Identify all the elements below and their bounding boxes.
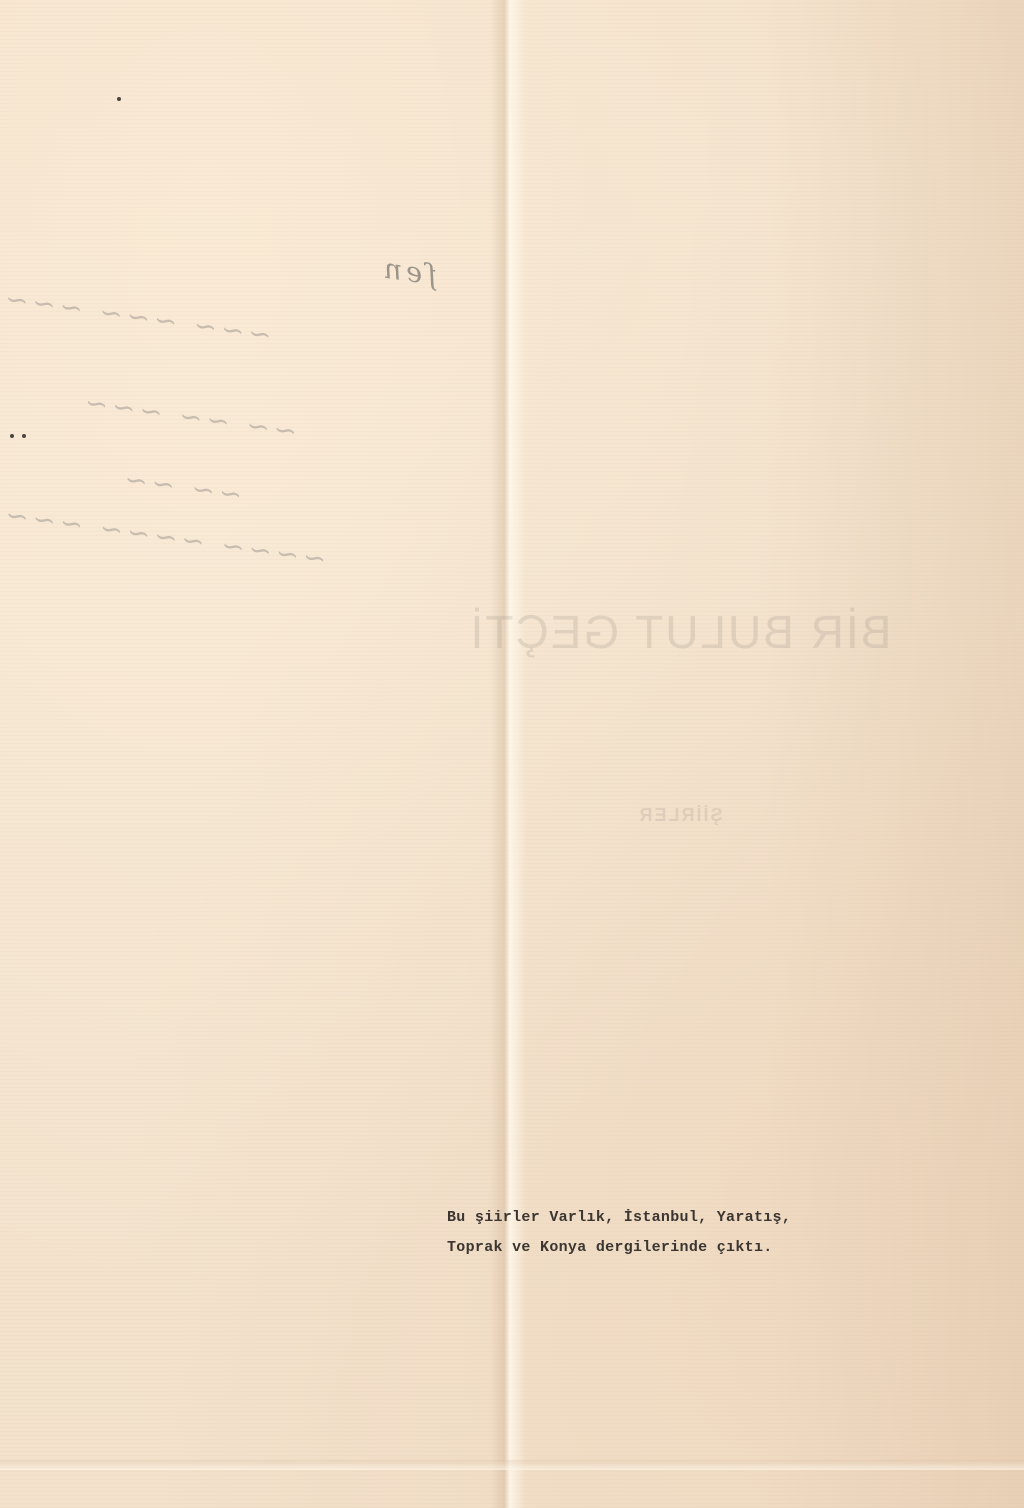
handwriting-mark: ~~ ~~ [118,462,244,512]
vertical-fold-crease [490,0,526,1508]
printed-publication-note: Bu şiirler Varlık, İstanbul, Yaratış, To… [447,1203,791,1263]
handwriting-mark: ſen [378,251,439,292]
scanned-page: BİR BULUT GEÇTİ ŞİİRLER ſen ~~~ ~~~ ~~~ … [0,0,1024,1508]
note-line-1: Bu şiirler Varlık, İstanbul, Yaratış, [447,1203,791,1233]
show-through-title: BİR BULUT GEÇTİ [430,605,930,659]
handwriting-mark: ~~~~ ~~~~ ~~~ [0,497,329,575]
show-through-subtitle: ŞİİRLER [430,805,930,826]
ink-speck [22,434,26,438]
handwriting-mark: ~~~ ~~~ ~~~ [0,281,274,352]
ink-speck [10,434,14,438]
ink-speck [117,97,121,101]
page-shading [764,0,1024,1508]
note-line-2: Toprak ve Konya dergilerinde çıktı. [447,1233,791,1263]
bottom-fold-crease [0,1460,1024,1470]
handwriting-mark: ~~ ~~ ~~~ [79,385,300,448]
